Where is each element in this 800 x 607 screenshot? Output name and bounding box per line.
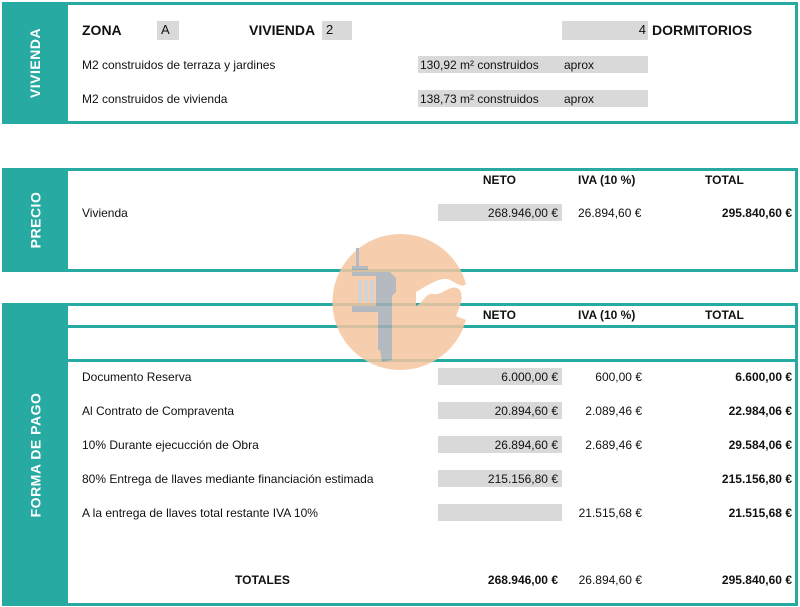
pago-neto-cell (438, 504, 562, 521)
precio-header-total: TOTAL (705, 172, 744, 188)
terraza-value: 130,92 m² construidos (420, 57, 539, 73)
terraza-note: aprox (564, 57, 594, 73)
pago-row-label: Documento Reserva (82, 369, 191, 385)
totals-iva: 26.894,60 € (562, 572, 642, 588)
pago-row-neto: 26.894,60 € (438, 437, 558, 453)
pago-row-label: Al Contrato de Compraventa (82, 403, 234, 419)
pago-header-total: TOTAL (705, 307, 744, 323)
pago-row-neto: 20.894,60 € (438, 403, 558, 419)
zona-value: A (161, 22, 170, 38)
pago-row-iva: 21.515,68 € (562, 505, 642, 521)
pago-row-label: A la entrega de llaves total restante IV… (82, 505, 318, 521)
precio-row-label: Vivienda (82, 205, 128, 221)
precio-total: 295.840,60 € (662, 205, 792, 221)
pago-body-divider (68, 359, 798, 362)
dormitorios-value: 4 (562, 22, 646, 38)
pago-box (68, 303, 798, 606)
pago-row-iva: 600,00 € (562, 369, 642, 385)
vivienda-m2-value: 138,73 m² construidos (420, 91, 539, 107)
pago-side-label: FORMA DE PAGO (2, 303, 68, 606)
pago-row-iva: 2.689,46 € (562, 437, 642, 453)
dormitorios-label: DORMITORIOS (652, 22, 752, 38)
zona-label: ZONA (82, 22, 122, 38)
pago-row-label: 80% Entrega de llaves mediante financiac… (82, 471, 374, 487)
vivienda-label: VIVIENDA (249, 22, 315, 38)
vivienda-value: 2 (326, 22, 333, 38)
pago-row-neto: 6.000,00 € (438, 369, 558, 385)
pago-row-iva: 2.089,46 € (562, 403, 642, 419)
precio-neto: 268.946,00 € (438, 205, 558, 221)
precio-iva: 26.894,60 € (578, 205, 641, 221)
pago-row-neto: 215.156,80 € (438, 471, 558, 487)
vivienda-m2-label: M2 construidos de vivienda (82, 91, 227, 107)
pago-row-total: 22.984,06 € (662, 403, 792, 419)
pago-row-total: 6.600,00 € (662, 369, 792, 385)
pago-section: FORMA DE PAGO NETO IVA (10 %) TOTAL Docu… (2, 303, 798, 606)
pago-row-total: 21.515,68 € (662, 505, 792, 521)
terraza-label: M2 construidos de terraza y jardines (82, 57, 275, 73)
pago-header-divider (68, 325, 798, 328)
pago-header-iva: IVA (10 %) (578, 307, 635, 323)
pago-row-total: 215.156,80 € (662, 471, 792, 487)
totals-neto: 268.946,00 € (438, 572, 558, 588)
pago-row-total: 29.584,06 € (662, 437, 792, 453)
totals-total: 295.840,60 € (662, 572, 792, 588)
vivienda-section: VIVIENDA ZONA A VIVIENDA 2 4 DORMITORIOS… (2, 2, 798, 124)
vivienda-m2-note: aprox (564, 91, 594, 107)
precio-section: PRECIO NETO IVA (10 %) TOTAL Vivienda 26… (2, 168, 798, 272)
pago-header-neto: NETO (440, 307, 516, 323)
precio-header-iva: IVA (10 %) (578, 172, 635, 188)
vivienda-side-label: VIVIENDA (2, 2, 68, 124)
pago-row-label: 10% Durante ejecucción de Obra (82, 437, 259, 453)
precio-side-label: PRECIO (2, 168, 68, 272)
totals-label: TOTALES (235, 572, 290, 588)
precio-header-neto: NETO (440, 172, 516, 188)
